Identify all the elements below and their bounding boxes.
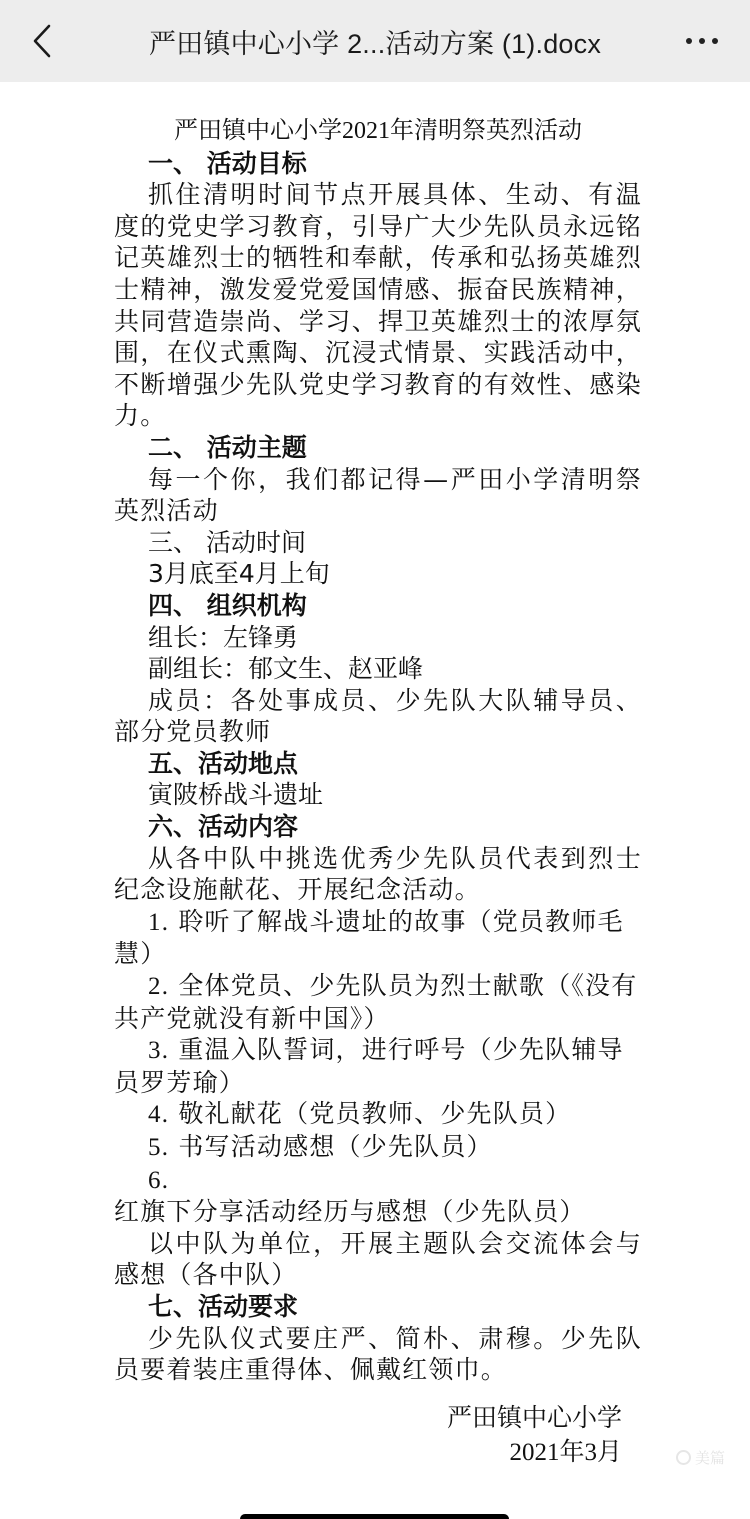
section-heading: 六、活动内容 — [114, 811, 642, 843]
list-item: 3. 重温入队誓词，进行呼号（少先队辅导员罗芳瑜） — [114, 1034, 642, 1098]
section-heading: 二、 活动主题 — [114, 432, 642, 464]
list-item: 5. 书写活动感想（少先队员） — [114, 1131, 642, 1164]
list-item-text: 书写活动感想（少先队员） — [178, 1132, 492, 1161]
signature-org: 严田镇中心小学 — [447, 1402, 622, 1436]
more-options-button[interactable] — [672, 16, 732, 66]
list-item: 6. 红旗下分享活动经历与感想（少先队员） — [114, 1164, 642, 1228]
signature-date: 2021年3月 — [447, 1436, 622, 1470]
list-item-text: 红旗下分享活动经历与感想（少先队员） — [114, 1197, 586, 1226]
ellipsis-icon — [699, 38, 705, 44]
section-outro: 以中队为单位，开展主题队会交流体会与感想（各中队） — [114, 1228, 642, 1291]
document-body: 严田镇中心小学2021年清明祭英烈活动 一、 活动目标 抓住清明时间节点开展具体… — [114, 116, 642, 1386]
list-item-text: 全体党员、少先队员为烈士献歌（《没有共产党就没有新中国》） — [114, 971, 637, 1033]
list-item: 4. 敬礼献花（党员教师、少先队员） — [114, 1098, 642, 1131]
home-indicator[interactable] — [240, 1514, 509, 1519]
section-paragraph: 3月底至4月上旬 — [114, 558, 642, 590]
list-item-number: 5. — [148, 1134, 169, 1161]
signature-block: 严田镇中心小学 2021年3月 — [447, 1402, 622, 1470]
ellipsis-icon — [712, 38, 718, 44]
section-paragraph: 抓住清明时间节点开展具体、生动、有温度的党史学习教育，引导广大少先队员永远铭记英… — [114, 179, 642, 432]
nav-bar: 严田镇中心小学 2...活动方案 (1).docx — [0, 0, 750, 82]
section-heading: 一、 活动目标 — [114, 148, 642, 180]
list-item-number: 1. — [148, 909, 169, 936]
list-item: 2. 全体党员、少先队员为烈士献歌（《没有共产党就没有新中国》） — [114, 970, 642, 1034]
list-item-text: 重温入队誓词，进行呼号（少先队辅导员罗芳瑜） — [114, 1035, 624, 1097]
document-title: 严田镇中心小学 2...活动方案 (1).docx — [90, 0, 660, 82]
list-item-number: 4. — [148, 1101, 169, 1128]
document-heading: 严田镇中心小学2021年清明祭英烈活动 — [114, 116, 642, 148]
chevron-left-icon — [31, 23, 53, 59]
list-item-number: 6. — [148, 1167, 169, 1194]
list-item-number: 3. — [148, 1037, 169, 1064]
section-heading: 七、活动要求 — [114, 1291, 642, 1323]
org-leader: 组长：左锋勇 — [114, 622, 642, 654]
section-heading: 四、 组织机构 — [114, 590, 642, 622]
section-paragraph: 少先队仪式要庄严、简朴、肃穆。少先队员要着装庄重得体、佩戴红领巾。 — [114, 1323, 642, 1386]
section-heading: 五、活动地点 — [114, 748, 642, 780]
back-button[interactable] — [20, 16, 64, 66]
watermark: 美篇 — [676, 1447, 725, 1468]
section-paragraph: 寅陂桥战斗遗址 — [114, 779, 642, 811]
org-members: 成员：各处事成员、少先队大队辅导员、部分党员教师 — [114, 685, 642, 748]
list-item-number: 2. — [148, 973, 169, 1000]
ellipsis-icon — [686, 38, 692, 44]
section-paragraph: 每一个你，我们都记得—严田小学清明祭英烈活动 — [114, 464, 642, 527]
list-item: 1. 聆听了解战斗遗址的故事（党员教师毛慧） — [114, 906, 642, 970]
section-intro: 从各中队中挑选优秀少先队员代表到烈士纪念设施献花、开展纪念活动。 — [114, 843, 642, 906]
section-heading: 三、 活动时间 — [114, 527, 642, 559]
list-item-text: 敬礼献花（党员教师、少先队员） — [178, 1099, 571, 1128]
watermark-logo-icon — [676, 1450, 691, 1465]
org-deputy-leaders: 副组长：郁文生、赵亚峰 — [114, 653, 642, 685]
watermark-text: 美篇 — [695, 1447, 725, 1468]
list-item-text: 聆听了解战斗遗址的故事（党员教师毛慧） — [114, 907, 624, 969]
